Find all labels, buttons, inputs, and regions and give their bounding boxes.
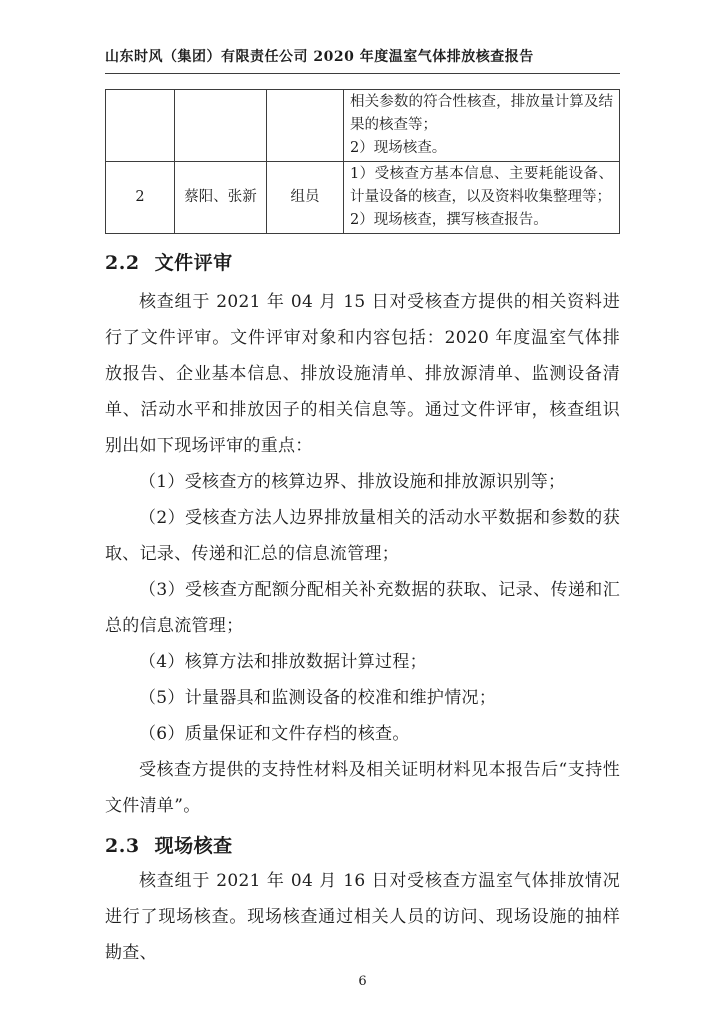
report-page: 山东时风（集团）有限责任公司 2020 年度温室气体排放核查报告 相关参数的符合… [0, 0, 724, 1024]
team-role-cell [267, 90, 344, 162]
team-duty-cell: 1）受核查方基本信息、主要耗能设备、计量设备的核查，以及资料收集整理等； 2）现… [344, 162, 620, 234]
duty-line: 1）受核查方基本信息、主要耗能设备、计量设备的核查，以及资料收集整理等； [350, 163, 613, 209]
page-header-title: 山东时风（集团）有限责任公司 2020 年度温室气体排放核查报告 [105, 46, 620, 74]
duty-line: 2）现场核查。 [350, 137, 613, 160]
section-heading-document-review: 2.2文件评审 [105, 248, 620, 275]
duty-line: 相关参数的符合性核查，排放量计算及结果的核查等； [350, 91, 613, 137]
section-number: 2.3 [105, 835, 140, 857]
review-focus-item: （1）受核查方的核算边界、排放设施和排放源识别等； [105, 464, 620, 500]
review-focus-item: （6）质量保证和文件存档的核查。 [105, 716, 620, 752]
document-review-intro-paragraph: 核查组于 2021 年 04 月 15 日对受核查方提供的相关资料进行了文件评审… [105, 284, 620, 464]
verification-team-table: 相关参数的符合性核查，排放量计算及结果的核查等； 2）现场核查。 2 蔡阳、张新… [105, 89, 620, 234]
team-role-cell: 组员 [267, 162, 344, 234]
team-members-cell [175, 90, 267, 162]
team-members-cell: 蔡阳、张新 [175, 162, 267, 234]
review-focus-item: （3）受核查方配额分配相关补充数据的获取、记录、传递和汇总的信息流管理； [105, 572, 620, 644]
onsite-verification-intro-paragraph: 核查组于 2021 年 04 月 16 日对受核查方温室气体排放情况进行了现场核… [105, 863, 620, 971]
table-row: 相关参数的符合性核查，排放量计算及结果的核查等； 2）现场核查。 [106, 90, 620, 162]
review-focus-item: （2）受核查方法人边界排放量相关的活动水平数据和参数的获取、记录、传递和汇总的信… [105, 500, 620, 572]
team-number-cell [106, 90, 175, 162]
section-heading-onsite-verification: 2.3现场核查 [105, 831, 620, 858]
section-number: 2.2 [105, 252, 140, 274]
document-review-closing-paragraph: 受核查方提供的支持性材料及相关证明材料见本报告后“支持性文件清单”。 [105, 752, 620, 824]
page-number: 6 [105, 974, 620, 989]
section-title: 现场核查 [155, 835, 233, 857]
table-row: 2 蔡阳、张新 组员 1）受核查方基本信息、主要耗能设备、计量设备的核查，以及资… [106, 162, 620, 234]
team-number-cell: 2 [106, 162, 175, 234]
review-focus-item: （4）核算方法和排放数据计算过程； [105, 644, 620, 680]
duty-line: 2）现场核查，撰写核查报告。 [350, 209, 613, 232]
section-title: 文件评审 [155, 252, 233, 274]
team-duty-cell: 相关参数的符合性核查，排放量计算及结果的核查等； 2）现场核查。 [344, 90, 620, 162]
review-focus-item: （5）计量器具和监测设备的校准和维护情况； [105, 680, 620, 716]
